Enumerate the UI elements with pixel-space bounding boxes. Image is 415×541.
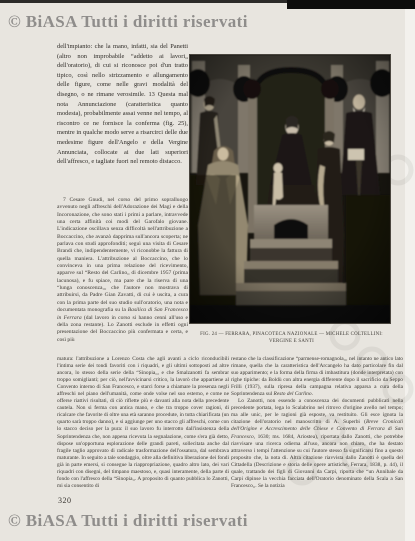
footnote-right-text: restano che la classificazione “parmense… (231, 356, 403, 397)
footnote-paragraph: 7 Cesare Gnudi, nel corso del primo sopr… (57, 197, 188, 344)
newspaper-title: Resto del Carlino (274, 391, 312, 397)
figure-caption-line1: FIG. 24 — FERRARA, PINACOTECA NAZIONALE … (183, 331, 400, 338)
painting-image (190, 55, 390, 323)
footnote-right-text-end: . (312, 391, 313, 397)
footnote-left-text: matura: l'attribuzione a Lorenzo Costa c… (57, 356, 229, 490)
footnote-column-left: matura: l'attribuzione a Lorenzo Costa c… (57, 356, 229, 490)
page-number: 320 (58, 496, 72, 505)
scanned-journal-page: © BiASA Tutti i diritti riservati dell'i… (0, 0, 415, 541)
footnote-right-paragraph-1: restano che la classificazione “parmense… (231, 356, 403, 398)
watermark-bottom: © BiASA Tutti i diritti riservati (8, 511, 248, 531)
scan-edge-top-right (287, 0, 415, 9)
footnote-right-paragraph-2: Lo Zanotti, non essendo a conoscenza dei… (231, 398, 403, 490)
main-paragraph: dell'impianto: che la mano, infatti, sia… (57, 42, 188, 167)
footnote-right-text2-end: , 1630; ms. 1684, Ariostea), riportata d… (231, 434, 403, 489)
figure-plate (190, 55, 390, 323)
footnote-column-right: restano che la classificazione “parmense… (231, 356, 403, 490)
figure-caption: FIG. 24 — FERRARA, PINACOTECA NAZIONALE … (183, 331, 400, 345)
figure-caption-line2: VERGINE E SANTI (183, 338, 400, 345)
page-edge-strip (405, 9, 415, 541)
footnote-text: 7 Cesare Gnudi, nel corso del primo sopr… (57, 197, 188, 313)
body-text-column: dell'impianto: che la mano, infatti, sia… (57, 42, 188, 167)
watermark-top: © BiASA Tutti i diritti riservati (8, 12, 248, 32)
